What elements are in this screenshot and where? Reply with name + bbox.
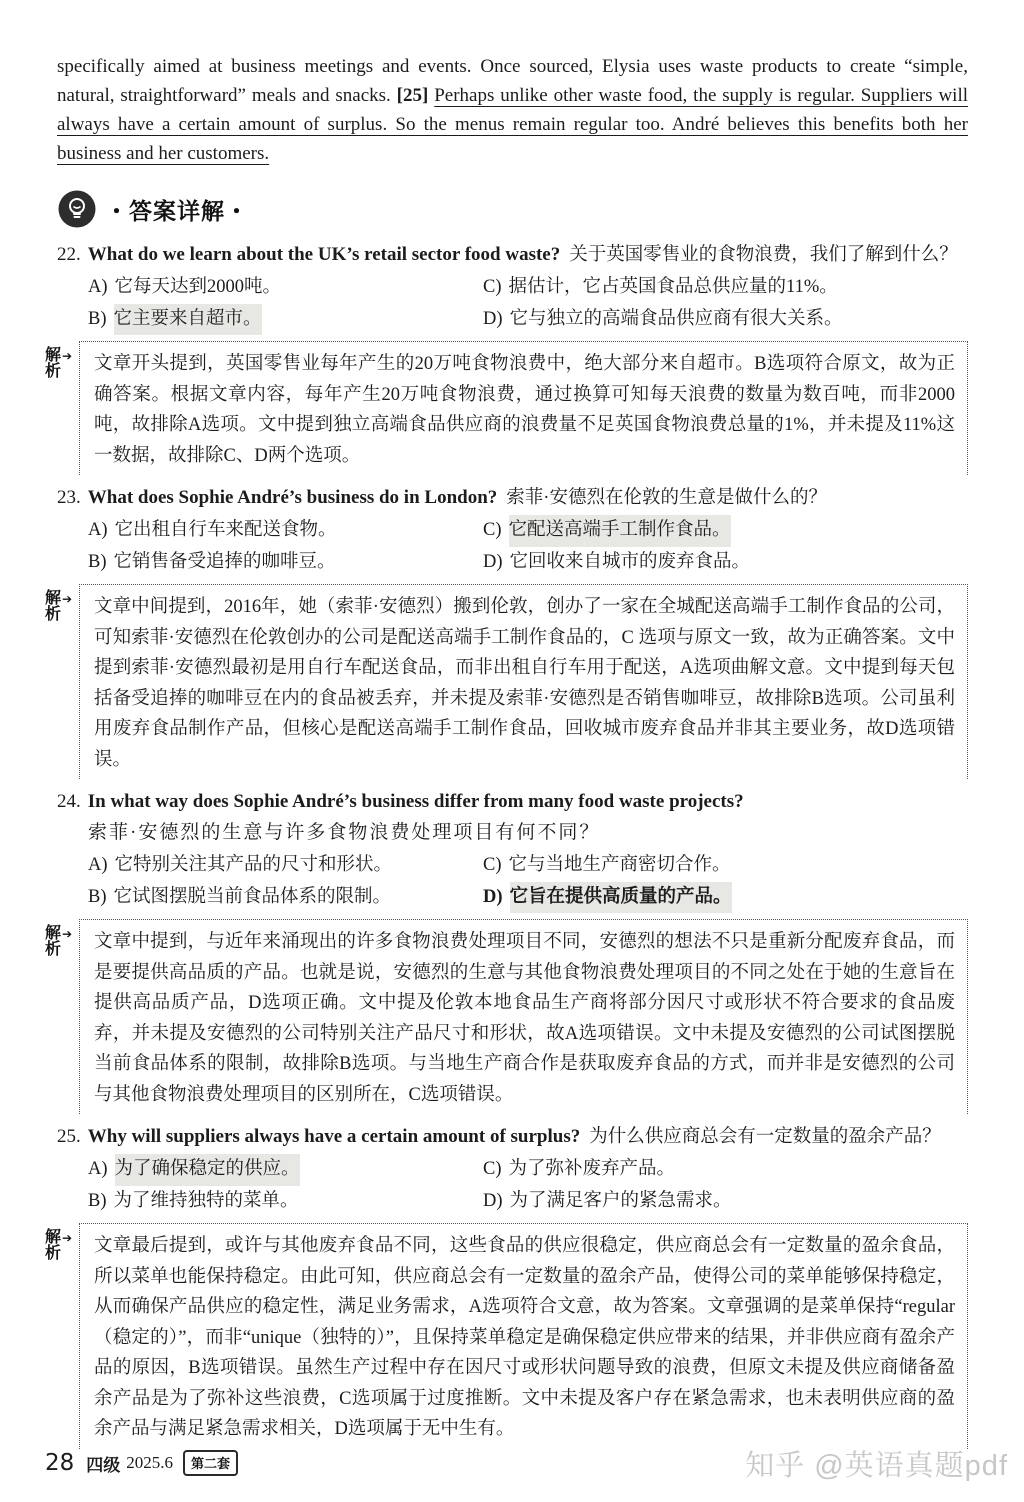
question-22-options: A)它每天达到2000吨。 C)据估计，它占英国食品总供应量的11%。 B)它主…: [57, 272, 968, 335]
option-A: A)它出租自行车来配送食物。: [88, 515, 483, 547]
option-B: B)它试图摆脱当前食品体系的限制。: [88, 882, 483, 914]
option-row: A)它特别关注其产品的尺寸和形状。 C)它与当地生产商密切合作。: [57, 850, 968, 882]
option-text: 它销售备受追捧的咖啡豆。: [114, 547, 336, 579]
question-text-zh: 关于英国零售业的食物浪费，我们了解到什么？: [569, 245, 958, 265]
option-D: D)为了满足客户的紧急需求。: [483, 1186, 732, 1218]
correct-answer-highlight: 它旨在提供高质量的产品。: [510, 882, 732, 914]
question-text-en: Why will suppliers always have a certain…: [88, 1126, 580, 1147]
option-text: 它特别关注其产品的尺寸和形状。: [115, 850, 393, 882]
option-row: A)它每天达到2000吨。 C)据估计，它占英国食品总供应量的11%。: [57, 272, 968, 304]
option-C-correct: C)它配送高端手工制作食品。: [483, 515, 731, 547]
question-23: 23.What does Sophie André’s business do …: [57, 482, 968, 578]
question-number: 25.: [57, 1126, 81, 1147]
correct-answer-highlight: 它主要来自超市。: [114, 304, 262, 336]
option-row: A)它出租自行车来配送食物。 C)它配送高端手工制作食品。: [57, 515, 968, 547]
option-A: A)它特别关注其产品的尺寸和形状。: [88, 850, 483, 882]
option-text: 它出租自行车来配送食物。: [115, 515, 337, 547]
option-B-correct: B)它主要来自超市。: [88, 304, 483, 336]
page-footer: 28 四级 2025.6 第二套: [45, 1450, 238, 1476]
analysis-24: 解➔ 析 文章中提到，与近年来涌现出的许多食物浪费处理项目不同，安德烈的想法不只…: [45, 919, 968, 1114]
analysis-tag: 解➔ 析: [45, 341, 79, 475]
analysis-23: 解➔ 析 文章中间提到，2016年，她（索菲·安德烈）搬到伦敦，创办了一家在全城…: [45, 584, 968, 779]
answer-explanation-header: ・答案详解・: [57, 189, 968, 229]
exam-level: 四级: [86, 1451, 120, 1476]
option-letter: D): [483, 304, 503, 336]
arrow-right-icon: ➔: [62, 927, 72, 941]
option-letter: A): [88, 515, 108, 547]
analysis-tag-char: 解: [45, 1229, 61, 1246]
option-C: C)为了弥补废弃产品。: [483, 1154, 675, 1186]
analysis-22: 解➔ 析 文章开头提到，英国零售业每年产生的20万吨食物浪费中，绝大部分来自超市…: [45, 341, 968, 475]
option-A: A)它每天达到2000吨。: [88, 272, 483, 304]
option-letter: C): [483, 1154, 502, 1186]
analysis-text: 文章中提到，与近年来涌现出的许多食物浪费处理项目不同，安德烈的想法不只是重新分配…: [79, 919, 968, 1114]
question-24-options: A)它特别关注其产品的尺寸和形状。 C)它与当地生产商密切合作。 B)它试图摆脱…: [57, 850, 968, 913]
question-text-zh: 索菲·安德烈在伦敦的生意是做什么的？: [506, 488, 827, 508]
option-D: D)它与独立的高端食品供应商有很大关系。: [483, 304, 843, 336]
option-letter: B): [88, 304, 107, 336]
lightbulb-icon: [57, 189, 97, 229]
reading-passage: specifically aimed at business meetings …: [57, 52, 968, 168]
option-A-correct: A)为了确保稳定的供应。: [88, 1154, 483, 1186]
option-letter: A): [88, 272, 108, 304]
page-content: specifically aimed at business meetings …: [0, 0, 1024, 1449]
question-number: 24.: [57, 791, 81, 812]
analysis-tag: 解➔ 析: [45, 1223, 79, 1449]
option-C: C)它与当地生产商密切合作。: [483, 850, 731, 882]
option-letter: C): [483, 515, 502, 547]
question-24: 24.In what way does Sophie André’s busin…: [57, 786, 968, 913]
analysis-tag: 解➔ 析: [45, 919, 79, 1114]
option-letter: B): [88, 1186, 107, 1218]
option-text: 为了满足客户的紧急需求。: [510, 1186, 732, 1218]
option-letter: C): [483, 272, 502, 304]
section-title: ・答案详解・: [105, 193, 249, 226]
question-25-options: A)为了确保稳定的供应。 C)为了弥补废弃产品。 B)为了维持独特的菜单。 D)…: [57, 1154, 968, 1217]
analysis-25: 解➔ 析 文章最后提到，或许与其他废弃食品不同，这些食品的供应很稳定，供应商总会…: [45, 1223, 968, 1449]
question-22: 22.What do we learn about the UK’s retai…: [57, 239, 968, 335]
question-22-head: 22.What do we learn about the UK’s retai…: [57, 239, 968, 271]
question-number: 22.: [57, 244, 81, 265]
option-letter: D): [483, 547, 503, 579]
arrow-right-icon: ➔: [62, 1231, 72, 1245]
question-24-translation: 索菲·安德烈的生意与许多食物浪费处理项目有何不同？: [88, 817, 968, 849]
question-text-en: What do we learn about the UK’s retail s…: [88, 244, 561, 265]
analysis-text: 文章开头提到，英国零售业每年产生的20万吨食物浪费中，绝大部分来自超市。B选项符…: [79, 341, 968, 475]
option-D: D)它回收来自城市的废弃食品。: [483, 547, 750, 579]
arrow-right-icon: ➔: [62, 592, 72, 606]
option-D-correct: D)它旨在提供高质量的产品。: [483, 882, 732, 914]
question-text-en: What does Sophie André’s business do in …: [88, 487, 498, 508]
analysis-text: 文章中间提到，2016年，她（索菲·安德烈）搬到伦敦，创办了一家在全城配送高端手…: [79, 584, 968, 779]
option-row: B)它主要来自超市。 D)它与独立的高端食品供应商有很大关系。: [57, 304, 968, 336]
question-text-en: In what way does Sophie André’s business…: [88, 791, 744, 812]
option-text: 据估计，它占英国食品总供应量的11%。: [509, 272, 838, 304]
option-row: B)它销售备受追捧的咖啡豆。 D)它回收来自城市的废弃食品。: [57, 547, 968, 579]
analysis-tag-char: 析: [45, 363, 61, 380]
passage-answer-marker-25: [25]: [397, 85, 435, 106]
correct-answer-highlight: 为了确保稳定的供应。: [115, 1154, 300, 1186]
option-letter: D): [483, 1186, 503, 1218]
question-24-head: 24.In what way does Sophie André’s busin…: [57, 786, 968, 817]
exam-answer-page: { "passage": { "segment_normal": "specif…: [0, 0, 1024, 1502]
option-letter: D): [483, 882, 503, 914]
analysis-tag-char: 解: [45, 925, 61, 942]
option-letter: A): [88, 850, 108, 882]
option-letter: A): [88, 1154, 108, 1186]
question-25: 25.Why will suppliers always have a cert…: [57, 1121, 968, 1217]
correct-answer-highlight: 它配送高端手工制作食品。: [509, 515, 731, 547]
option-row: A)为了确保稳定的供应。 C)为了弥补废弃产品。: [57, 1154, 968, 1186]
question-23-options: A)它出租自行车来配送食物。 C)它配送高端手工制作食品。 B)它销售备受追捧的…: [57, 515, 968, 578]
question-23-head: 23.What does Sophie André’s business do …: [57, 482, 968, 514]
option-letter: B): [88, 547, 107, 579]
option-text: 它试图摆脱当前食品体系的限制。: [114, 882, 392, 914]
option-B: B)为了维持独特的菜单。: [88, 1186, 483, 1218]
option-text: 它与当地生产商密切合作。: [509, 850, 731, 882]
question-25-head: 25.Why will suppliers always have a cert…: [57, 1121, 968, 1153]
option-text: 为了维持独特的菜单。: [114, 1186, 299, 1218]
option-B: B)它销售备受追捧的咖啡豆。: [88, 547, 483, 579]
analysis-tag-char: 析: [45, 941, 61, 958]
option-text: 它回收来自城市的废弃食品。: [510, 547, 751, 579]
analysis-text: 文章最后提到，或许与其他废弃食品不同，这些食品的供应很稳定，供应商总会有一定数量…: [79, 1223, 968, 1449]
analysis-tag-char: 解: [45, 347, 61, 364]
option-letter: C): [483, 850, 502, 882]
watermark: 知乎 @英语真题pdf: [745, 1443, 1008, 1484]
option-letter: B): [88, 882, 107, 914]
option-row: B)它试图摆脱当前食品体系的限制。 D)它旨在提供高质量的产品。: [57, 882, 968, 914]
question-number: 23.: [57, 487, 81, 508]
analysis-tag-char: 析: [45, 1245, 61, 1262]
option-text: 它每天达到2000吨。: [115, 272, 282, 304]
option-text: 它与独立的高端食品供应商有很大关系。: [510, 304, 843, 336]
exam-set-badge: 第二套: [183, 1450, 238, 1476]
question-text-zh: 为什么供应商总会有一定数量的盈余产品？: [589, 1127, 941, 1147]
exam-date: 2025.6: [126, 1453, 173, 1473]
arrow-right-icon: ➔: [62, 349, 72, 363]
page-number: 28: [45, 1450, 74, 1476]
analysis-tag: 解➔ 析: [45, 584, 79, 779]
analysis-tag-char: 解: [45, 590, 61, 607]
analysis-tag-char: 析: [45, 606, 61, 623]
option-row: B)为了维持独特的菜单。 D)为了满足客户的紧急需求。: [57, 1186, 968, 1218]
option-C: C)据估计，它占英国食品总供应量的11%。: [483, 272, 838, 304]
option-text: 为了弥补废弃产品。: [509, 1154, 676, 1186]
